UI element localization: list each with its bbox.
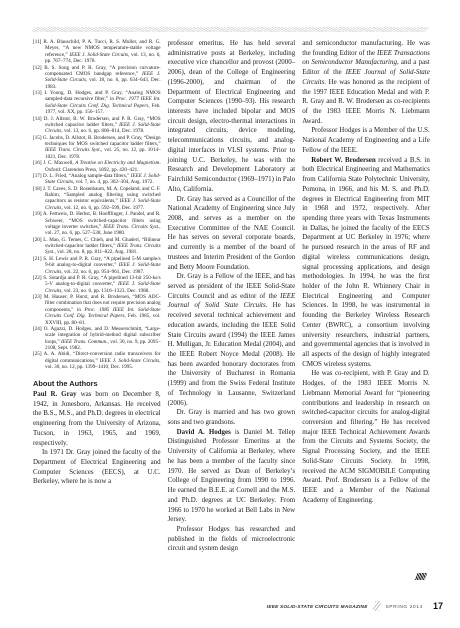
reference-item: [17] D. L. Fried, “Analog sample-data fi… [33,173,161,186]
bio-paragraph: David A. Hodges is Daniel M. Tellep Dist… [168,428,296,525]
text-run: , vol. 22, no. 6, pp. 954–961, Dec. 1987… [61,269,144,275]
text-run: , vol. 13, no. 6, pp. 806–814, Dec. 1978… [61,128,144,134]
reference-number: [22] [33,275,43,281]
reference-item: [19] A. Fettweis, D. Herbst, B. Hoefflin… [33,211,161,237]
reference-item: [16] J. C. Maxwell, A Treatise on Electr… [33,160,161,173]
bio-paragraph: Professor Hodges is a Member of the U.S.… [302,126,430,155]
reference-item: [12] B. S. Song and P. R. Gray, “A preci… [33,65,161,91]
text-run: Professor Hodges is a Member of the U.S.… [302,126,430,153]
reference-number: [24] [33,326,44,332]
reference-item: [11] R. A. Blauschild, P. A. Tucci, R. S… [33,39,161,65]
journal-title: IEEE J. Solid-State Circuits [100,358,160,364]
column-middle: professor emeritus. He has held several … [168,39,296,554]
text-run: Dr. Gray is a Fellow of the IEEE, and ha… [168,272,296,299]
bio-paragraph: Robert W. Brodersen received a B.S. in b… [302,156,430,370]
author-name: David A. Hodges [177,428,231,436]
magazine-page: [11] R. A. Blauschild, P. A. Tucci, R. S… [0,0,460,628]
journal-title: A Treatise on Electricity and Magnetism [75,160,159,166]
footer-slash-icon [372,601,381,611]
bio-paragraph: Professor Hodges has researched and publ… [168,525,296,554]
text-run: Dr. Gray is married and has two grown so… [168,408,296,426]
reference-number: [12] [33,65,44,71]
text-run: J. C. Maxwell, [43,160,75,166]
reference-number: [13] [33,90,44,96]
page-footer: IEEE SOLID-STATE CIRCUITS MAGAZINE SPRIN… [267,600,443,612]
reference-item: [18] J. T. Caves, S. D. Rosenbaum, M. A.… [33,186,161,212]
text-run: was born on December 8, 1942, in Jonesbo… [33,390,161,447]
reference-item: [24] O. Agazzi, D. Hodges, and D. Messer… [33,326,161,352]
author-name: Robert W. Brodersen [311,156,376,164]
text-run: G. Jacobs, D. Allstot, R. Brodersen, and… [43,135,161,147]
reference-item: [25] A. A. Abidi, “Direct-conversion rad… [33,351,161,370]
text-run: He was co-recipient, with P. Gray and D.… [302,369,430,503]
text-run: In 1971 Dr. Gray joined the faculty of t… [33,448,161,485]
author-name: Paul R. Gray [33,390,77,398]
reference-number: [17] [33,173,43,179]
reference-number: [23] [33,294,44,300]
reference-item: [14] D. J. Allstot, R. W. Brodersen, and… [33,116,161,135]
end-of-article-icon [415,573,428,580]
reference-number: [25] [33,351,44,357]
page-number: 17 [433,601,443,611]
journal-title: IEEE Trans. Circuits Syst. [45,147,101,153]
text-run: Dr. Gray has served as a Councillor of t… [168,195,296,271]
bio-text-right: and semiconductor manufacturing. He was … [302,39,430,506]
reference-item: [13] I. Young, D. Hodges, and P. Gray, “… [33,90,161,116]
text-run: , vol. 7, no. 4, pp. 302–304, Aug. 1972. [73,179,154,185]
text-run: Professor Hodges has researched and publ… [168,525,296,552]
text-run: , vol. 28, no. 8, pp. 811–822, Aug. 1981… [55,249,138,255]
reference-item: [21] S. H. Lewis and P. R. Gray, “A pipe… [33,256,161,275]
journal-title: IEEE Trans. Circuits Syst. [103,224,159,230]
reference-item: [22] S. Sutardja and P. R. Gray, “A pipe… [33,275,161,294]
references-list: [11] R. A. Blauschild, P. A. Tucci, R. S… [33,39,161,371]
column-left: [11] R. A. Blauschild, P. A. Tucci, R. S… [33,39,161,554]
article-columns: [11] R. A. Blauschild, P. A. Tucci, R. S… [33,39,430,554]
bio-paragraph: In 1971 Dr. Gray joined the faculty of t… [33,448,161,487]
reference-number: [14] [33,116,44,122]
reference-item: [23] M. Hauser, P. Hurst, and R. Broders… [33,294,161,326]
bio-paragraph: Dr. Gray is a Fellow of the IEEE, and ha… [168,272,296,408]
bio-paragraph: and semiconductor manufacturing. He was … [302,39,430,126]
reference-number: [19] [33,211,43,217]
reference-number: [20] [33,237,43,243]
reference-number: [11] [33,39,43,45]
journal-title: IEEE Trans. Commun. [61,339,108,345]
magazine-name: IEEE SOLID-STATE CIRCUITS MAGAZINE [267,604,368,609]
bio-paragraph: He was co-recipient, with P. Gray and D.… [302,369,430,505]
text-run: , vol. 23, no. 6, pp. 1316–1323, Dec. 19… [61,288,149,294]
bio-paragraph: professor emeritus. He has held several … [168,39,296,195]
text-run: , vol. 12, no. 6, pp. 592–599, Dec. 1977… [61,205,144,211]
reference-number: [21] [33,256,43,262]
text-run: D. L. Fried, “Analog sample-data filters… [43,173,131,179]
reference-number: [15] [33,135,43,141]
bio-paragraph: Dr. Gray has served as a Councillor of t… [168,195,296,273]
text-run: . He has received several technical achi… [168,301,296,406]
bio-paragraph: Dr. Gray is married and has two grown so… [168,408,296,427]
reference-item: [20] L. Man, G. Temes, C. Chieh, and M. … [33,237,161,256]
reference-item: [15] G. Jacobs, D. Allstot, R. Brodersen… [33,135,161,161]
issue-season: SPRING 2014 [386,604,423,609]
about-authors-heading: About the Authors [33,379,161,388]
column-right: and semiconductor manufacturing. He was … [302,39,430,554]
bio-paragraph: Paul R. Gray was born on December 8, 194… [33,390,161,448]
bio-text-middle: professor emeritus. He has held several … [168,39,296,554]
text-run: professor emeritus. He has held several … [168,39,296,193]
reference-number: [18] [33,186,43,192]
text-run: is Daniel M. Tellep Distinguished Profes… [168,428,296,523]
top-hatch-rule [31,27,429,32]
bio-text-left: Paul R. Gray was born on December 8, 194… [33,390,161,487]
reference-number: [16] [33,160,43,166]
text-run: received a B.S. in both Electrical Engin… [302,156,430,368]
journal-title: IEEE J. Solid-State Circuits [69,52,128,58]
